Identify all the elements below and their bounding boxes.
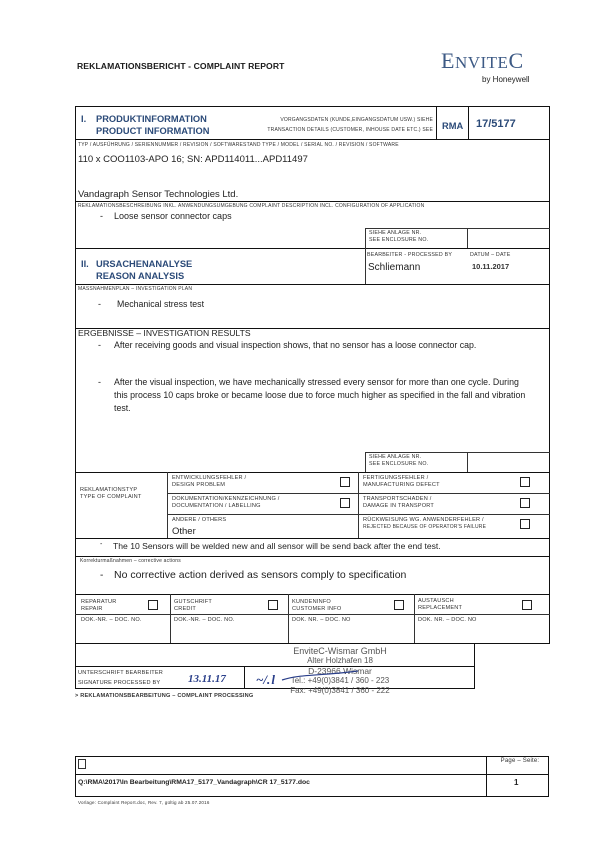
section1-title-en: PRODUCT INFORMATION: [96, 125, 209, 137]
action-credit-de: GUTSCHRIFT: [174, 599, 212, 606]
action-customer-info-en: CUSTOMER INFO: [292, 606, 341, 613]
repair-checkbox[interactable]: [148, 600, 158, 610]
doc-no-repair: DOK.-NR. – DOC. NO.: [81, 617, 142, 624]
transaction-label-de: VORGANGSDATEN (KUNDE,EINGANGSDATUM USW.)…: [237, 117, 433, 124]
option-manufacturing-de: FERTIGUNGSFEHLER /: [363, 475, 428, 482]
design-problem-checkbox[interactable]: [340, 477, 350, 487]
section1-title-de: PRODUKTINFORMATION: [96, 113, 207, 125]
action-repair-en: REPAIR: [81, 606, 103, 613]
type-model-value: 110 x COO1103-APO 16; SN: APD114011...AP…: [78, 154, 308, 165]
manufacturing-defect-checkbox[interactable]: [520, 477, 530, 487]
handwritten-date: 13.11.17: [188, 673, 226, 685]
section2-title-en: REASON ANALYSIS: [96, 270, 184, 282]
date-label: DATUM – DATE: [470, 252, 510, 259]
enclosure-label-de: SIEHE ANLAGE NR.: [369, 454, 421, 461]
doc-no-credit: DOK.-NR. – DOC. NO.: [174, 617, 235, 624]
option-other-value: Other: [172, 526, 196, 537]
signature-stroke: [280, 668, 360, 684]
processed-by-value: Schliemann: [368, 262, 420, 273]
handwritten-signature: ~/. l: [256, 672, 275, 688]
option-design-en: DESIGN PROBLEM: [172, 482, 225, 489]
replacement-checkbox[interactable]: [522, 600, 532, 610]
page-label: Page – Seite:: [495, 758, 545, 765]
doc-no-replacement: DOK. NR. – DOC. NO: [418, 617, 477, 624]
option-design-de: ENTWICKLUNGSFEHLER /: [172, 475, 246, 482]
page-number: 1: [514, 778, 518, 787]
enclosure-label-de: SIEHE ANLAGE NR.: [369, 230, 421, 237]
rma-number: 17/5177: [476, 118, 516, 130]
action-credit-en: CREDIT: [174, 606, 196, 613]
enclosure-label-en: SEE ENCLOSURE NO.: [369, 461, 428, 468]
option-manufacturing-en: MANUFACTURING DEFECT: [363, 482, 440, 489]
complaint-type-label-de: REKLAMATIONSTYP: [80, 487, 137, 494]
complaint-description-label: REKLAMATIONSBESCHREIBUNG INKL. ANWENDUNG…: [78, 203, 424, 210]
processing-note: > REKLAMATIONSBEARBEITUNG – COMPLAINT PR…: [75, 693, 253, 700]
corrective-action-item: No corrective action derived as sensors …: [114, 569, 406, 581]
file-path: Q:\RMA\2017\In Bearbeitung\RMA17_5177_Va…: [78, 779, 310, 786]
rma-label: RMA: [442, 120, 463, 132]
option-documentation-de: DOKUMENTATION/KENNZEICHNUNG /: [172, 496, 280, 503]
action-replacement-de: AUSTAUSCH: [418, 598, 454, 605]
section2-title-de: URSACHENANALYSE: [96, 258, 192, 270]
customer-name: Vandagraph Sensor Technologies Ltd.: [78, 189, 238, 200]
type-model-label: TYP / AUSFÜHRUNG / SERIENNUMMER / REVISI…: [78, 142, 399, 149]
action-replacement-en: REPLACEMENT: [418, 605, 462, 612]
action-customer-info-de: KUNDENINFO: [292, 599, 331, 606]
complaint-type-label-en: TYPE OF COMPLAINT: [80, 494, 142, 501]
option-transport-de: TRANSPORTSCHADEN /: [363, 496, 431, 503]
logo-subtitle: by Honeywell: [482, 75, 530, 84]
option-documentation-en: DOCUMENTATION / LABELLING: [172, 503, 261, 510]
operator-failure-checkbox[interactable]: [520, 519, 530, 529]
result-item: After receiving goods and visual inspect…: [114, 339, 534, 352]
option-rejected-de: RÜCKWEISUNG WG. ANWENDERFEHLER /: [363, 517, 484, 524]
credit-checkbox[interactable]: [268, 600, 278, 610]
documentation-checkbox[interactable]: [340, 498, 350, 508]
decision-text: The 10 Sensors will be welded new and al…: [113, 541, 441, 551]
doc-no-customer-info: DOK. NR. – DOC. NO: [292, 617, 351, 624]
document-icon: [78, 759, 86, 769]
signature-label-de: UNTERSCHRIFT BEARBEITER: [78, 670, 163, 677]
bullet: -: [100, 211, 103, 221]
footer-box: [75, 756, 549, 797]
corrective-actions-label: Korrekturmaßnahmen – corrective actions: [80, 558, 181, 565]
section1-number: I.: [81, 113, 86, 125]
transaction-label-en: TRANSACTION DETAILS (CUSTOMER, INHOUSE D…: [224, 127, 433, 134]
option-transport-en: DAMAGE IN TRANSPORT: [363, 503, 434, 510]
stamp-line: Fax: +49(0)3841 / 360 - 222: [270, 686, 410, 696]
investigation-plan-label: MASSNAHMENPLAN – INVESTIGATION PLAN: [78, 286, 192, 293]
investigation-plan-item: Mechanical stress test: [117, 299, 204, 309]
template-note: Vorlage: Complaint Report.doc, Rev. 7, g…: [78, 799, 210, 806]
enclosure-label-en: SEE ENCLOSURE NO.: [369, 237, 428, 244]
option-other-label: ANDERE / OTHERS: [172, 517, 226, 524]
section2-number: II.: [81, 258, 89, 270]
signature-label-en: SIGNATURE PROCESSED BY: [78, 680, 160, 687]
bullet: -: [100, 541, 102, 548]
processed-by-label: BEARBEITER - PROCESSED BY: [367, 252, 452, 259]
bullet: -: [98, 377, 101, 387]
stamp-line: EnviteC-Wismar GmbH: [270, 646, 410, 656]
transport-damage-checkbox[interactable]: [520, 498, 530, 508]
stamp-line: Alter Holzhafen 18: [270, 656, 410, 666]
option-rejected-en: REJECTED BECAUSE OF OPERATOR'S FAILURE: [363, 524, 486, 531]
bullet: -: [98, 340, 101, 350]
bullet: -: [98, 299, 101, 309]
date-value: 10.11.2017: [472, 262, 509, 271]
document-title: REKLAMATIONSBERICHT - COMPLAINT REPORT: [77, 61, 285, 71]
processing-note-text: REKLAMATIONSBEARBEITUNG – COMPLAINT PROC…: [80, 693, 253, 699]
customer-info-checkbox[interactable]: [394, 600, 404, 610]
action-repair-de: REPARATUR: [81, 599, 116, 606]
bullet: -: [100, 570, 103, 581]
company-logo: ENVITEC: [441, 48, 524, 74]
investigation-results-label: ERGEBNISSE – INVESTIGATION RESULTS: [78, 328, 251, 338]
result-item: After the visual inspection, we have mec…: [114, 376, 534, 415]
complaint-item: Loose sensor connector caps: [114, 211, 232, 221]
